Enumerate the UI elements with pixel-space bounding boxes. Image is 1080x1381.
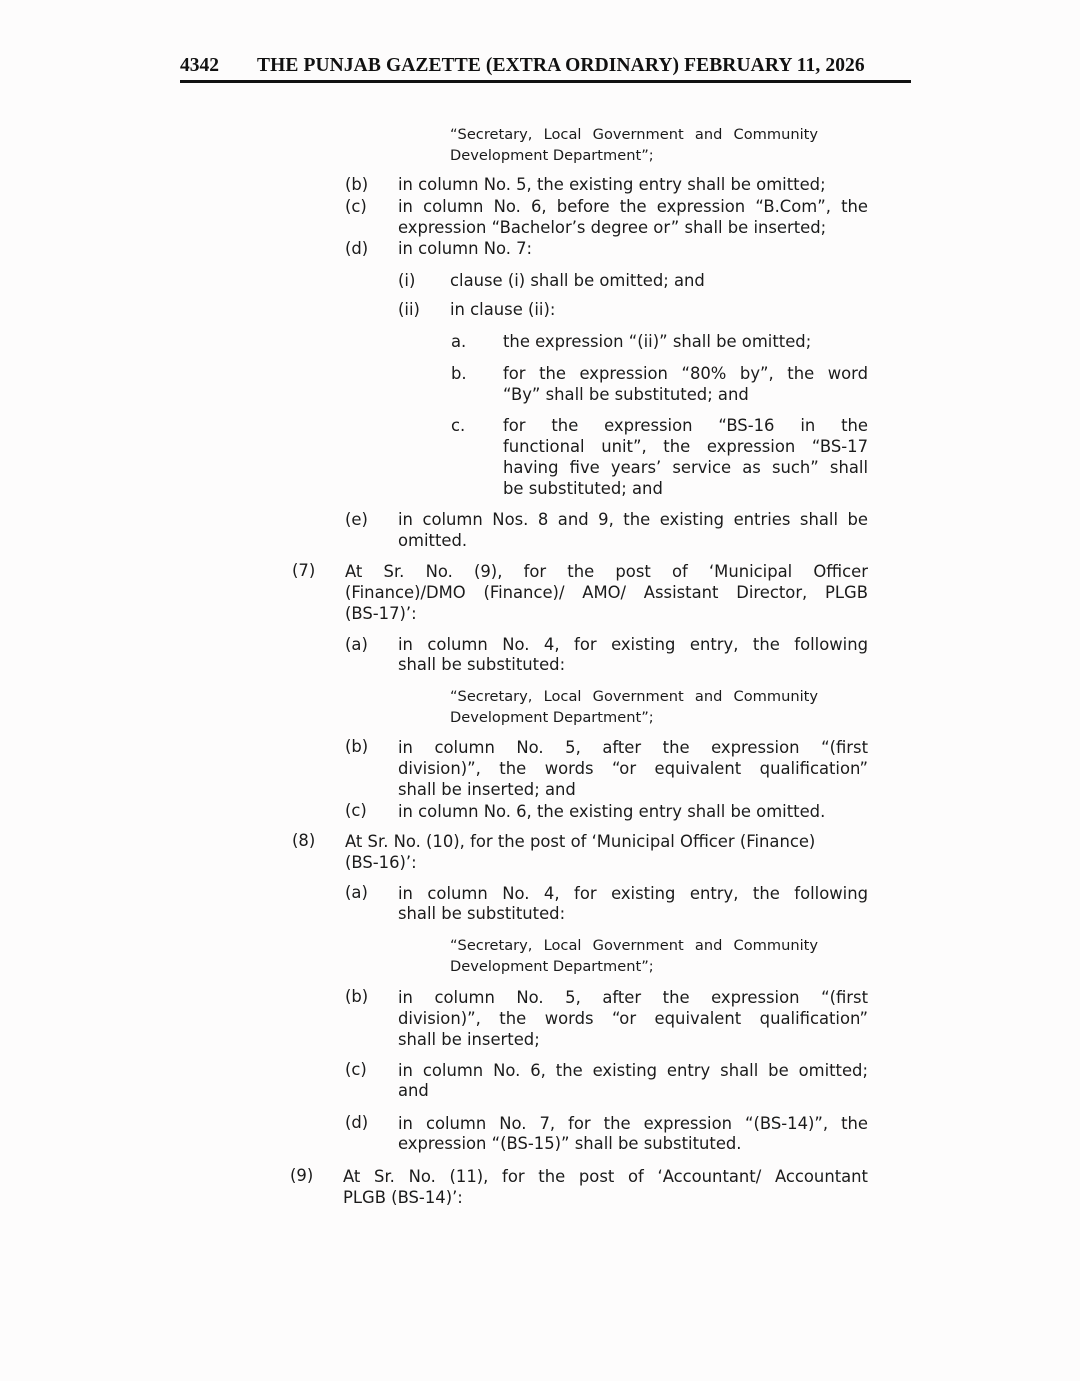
clause-label: (c) [345, 800, 367, 821]
clause-text: in column No. 5, after the expression “(… [398, 987, 868, 1008]
clause-text: expression “(BS-15)” shall be substitute… [398, 1133, 742, 1154]
section-text: At Sr. No. (10), for the post of ‘Munici… [345, 831, 815, 852]
clause-text: in column No. 7, for the expression “(BS… [398, 1113, 868, 1134]
clause-label: (b) [345, 736, 368, 757]
item-text: “By” shall be substituted; and [503, 384, 749, 405]
clause-label: (c) [345, 196, 367, 217]
clause-text: division)”, the words “or equivalent qua… [398, 1008, 868, 1029]
section-label: (9) [290, 1165, 313, 1186]
gazette-title: THE PUNJAB GAZETTE (EXTRA ORDINARY) FEBR… [257, 55, 865, 77]
section-text: (BS-17)’: [345, 603, 417, 624]
clause-label: (b) [345, 174, 368, 195]
item-label: a. [451, 331, 466, 352]
item-label: c. [451, 415, 465, 436]
clause-text: shall be substituted: [398, 654, 565, 675]
clause-text: in column No. 4, for existing entry, the… [398, 883, 868, 904]
quote-line: “Secretary, Local Government and Communi… [450, 686, 818, 707]
item-text: for the expression “BS-16 in the [503, 415, 868, 436]
clause-text: in column Nos. 8 and 9, the existing ent… [398, 509, 868, 530]
clause-text: in column No. 6, the existing entry shal… [398, 801, 825, 822]
section-label: (7) [292, 560, 315, 581]
clause-text: in column No. 7: [398, 238, 532, 259]
clause-label: (d) [345, 238, 368, 259]
clause-text: division)”, the words “or equivalent qua… [398, 758, 868, 779]
clause-label: (a) [345, 882, 368, 903]
section-text: At Sr. No. (11), for the post of ‘Accoun… [343, 1166, 868, 1187]
quote-line: Development Department”; [450, 956, 654, 977]
item-label: b. [451, 363, 467, 384]
subclause-label: (i) [398, 270, 415, 291]
subclause-text: clause (i) shall be omitted; and [450, 270, 705, 291]
quote-line: “Secretary, Local Government and Communi… [450, 935, 818, 956]
section-text: (BS-16)’: [345, 852, 417, 873]
clause-text: in column No. 4, for existing entry, the… [398, 634, 868, 655]
item-text: for the expression “80% by”, the word [503, 363, 868, 384]
item-text: having five years’ service as such” shal… [503, 457, 868, 478]
section-text: At Sr. No. (9), for the post of ‘Municip… [345, 561, 868, 582]
header-rule [180, 80, 911, 83]
clause-label: (e) [345, 509, 368, 530]
clause-text: expression “Bachelor’s degree or” shall … [398, 217, 826, 238]
clause-label: (a) [345, 634, 368, 655]
item-text: the expression “(ii)” shall be omitted; [503, 331, 811, 352]
clause-text: in column No. 5, the existing entry shal… [398, 174, 826, 195]
clause-text: in column No. 5, after the expression “(… [398, 737, 868, 758]
clause-text: and [398, 1080, 429, 1101]
quote-line: Development Department”; [450, 707, 654, 728]
clause-text: omitted. [398, 530, 467, 551]
section-text: (Finance)/DMO (Finance)/ AMO/ Assistant … [345, 582, 868, 603]
clause-text: shall be substituted: [398, 903, 565, 924]
subclause-text: in clause (ii): [450, 299, 555, 320]
item-text: functional unit”, the expression “BS-17 [503, 436, 868, 457]
clause-text: shall be inserted; [398, 1029, 540, 1050]
item-text: be substituted; and [503, 478, 663, 499]
clause-label: (c) [345, 1059, 367, 1080]
clause-text: in column No. 6, the existing entry shal… [398, 1060, 868, 1081]
quote-line: “Secretary, Local Government and Communi… [450, 124, 818, 145]
section-text: PLGB (BS-14)’: [343, 1187, 463, 1208]
clause-text: in column No. 6, before the expression “… [398, 196, 868, 217]
quote-line: Development Department”; [450, 145, 654, 166]
clause-text: shall be inserted; and [398, 779, 576, 800]
clause-label: (b) [345, 986, 368, 1007]
section-label: (8) [292, 830, 315, 851]
page-number: 4342 [180, 55, 219, 77]
subclause-label: (ii) [398, 299, 420, 320]
clause-label: (d) [345, 1112, 368, 1133]
